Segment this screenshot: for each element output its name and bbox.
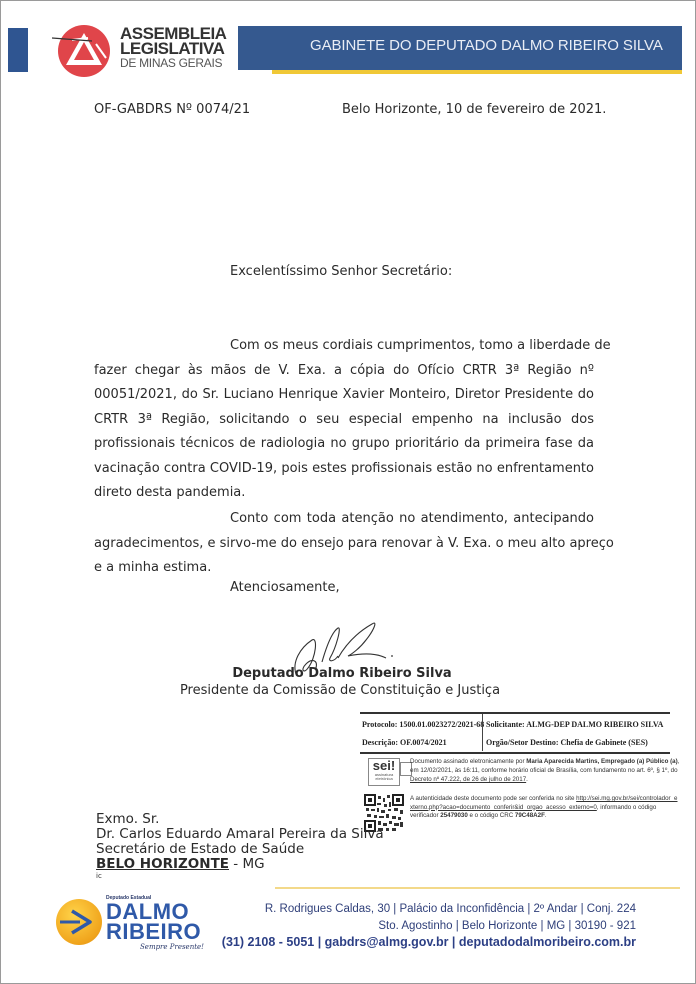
paragraph-line: direto desta pandemia. [94,481,594,506]
header-banner-accent [272,70,682,74]
auth-note-intro: A autenticidade deste documento pode ser… [410,795,576,802]
paragraph-line: e a minha estima. [94,556,594,581]
letter-closing: Atenciosamente, [230,580,340,595]
sig-note-prefix: Documento assinado eletronicamente por [410,758,526,765]
sig-note-signer: Maria Aparecida Martins, Empregado (a) P… [526,758,677,765]
decree-link[interactable]: Decreto nº 47.222, de 26 de julho de 201… [410,776,526,783]
assembleia-logo-icon [52,24,116,78]
header-banner-title: GABINETE DO DEPUTADO DALMO RIBEIRO SILVA [310,37,663,54]
auth-note-crc-prefix: e o código CRC [468,812,515,819]
verifier-code: 25479030 [440,812,468,819]
paragraph-line: CRTR 3ª Região, solicitando o seu especi… [94,408,594,433]
paragraph-line: Conto com toda atenção no atendimento, a… [94,507,594,532]
stamp-orgao-destino: Orgão/Setor Destino: Chefia de Gabinete … [486,738,648,747]
paragraph-line: profissionais técnicos de radiologia no … [94,432,594,457]
paragraph-line: vacinação contra COVID-19, pois estes pr… [94,457,594,482]
addressee-block: Exmo. Sr. Dr. Carlos Eduardo Amaral Pere… [96,812,384,872]
footer-address-line1: R. Rodrigues Caldas, 30 | Palácio da Inc… [265,903,636,915]
stamp-column-divider [482,714,483,751]
logo-slogan: Sempre Presente! [140,943,204,951]
signer-name-text: Deputado Dalmo Ribeiro Silva [232,666,451,681]
header-blue-block [8,28,28,72]
stamp-divider-line [360,712,670,714]
addressee-location: BELO HORIZONTE - MG [96,857,384,872]
authenticity-note: A autenticidade deste documento pode ser… [410,795,680,821]
stamp-divider-line [360,752,670,754]
electronic-signature-note: Documento assinado eletronicamente por M… [410,757,680,784]
letter-paragraph-2: Conto com toda atenção no atendimento, a… [94,507,594,581]
footer-contact-line: (31) 2108 - 5051 | gabdrs@almg.gov.br | … [222,935,636,949]
institution-line2: LEGISLATIVA [120,41,226,56]
sei-logo-caption: assinatura eletrônica [369,773,399,781]
auth-note-suffix: . [545,812,547,819]
addressee-position: Secretário de Estado de Saúde [96,842,384,857]
signer-role: Presidente da Comissão de Constituição e… [0,683,680,698]
footer-divider [275,887,680,889]
crc-code: 79C48A2F [515,812,545,819]
stamp-descricao: Descrição: OF.0074/2021 [362,738,447,747]
letter-place-date: Belo Horizonte, 10 de fevereiro de 2021. [342,102,606,117]
sig-note-suffix: . [526,776,528,783]
paragraph-line: 00051/2021, do Sr. Luciano Henrique Xavi… [94,383,594,408]
addressee-title: Exmo. Sr. [96,812,384,827]
paragraph-line: fazer chegar às mãos de V. Exa. a cópia … [94,359,594,384]
addressee-name: Dr. Carlos Eduardo Amaral Pereira da Sil… [96,827,384,842]
logo-line2: RIBEIRO [106,922,201,942]
typist-initials: ic [96,872,102,880]
sei-logo-icon: sei! assinatura eletrônica [368,758,400,786]
letter-reference: OF-GABDRS Nº 0074/21 [94,102,250,117]
paragraph-line: Com os meus cordiais cumprimentos, tomo … [94,334,594,359]
addressee-city: BELO HORIZONTE [96,856,229,872]
stamp-protocolo: Protocolo: 1500.01.0023272/2021-68 [362,720,484,729]
play-circle-icon [56,899,102,945]
sei-logo-text: sei! [369,759,399,773]
paragraph-line: agradecimentos, e sirvo-me do ensejo par… [94,532,594,557]
institution-line3: DE MINAS GERAIS [120,56,226,71]
signer-name: Deputado Dalmo Ribeiro Silva [0,666,680,681]
addressee-state: - MG [229,856,265,872]
assembleia-wordmark: ASSEMBLEIA LEGISLATIVA DE MINAS GERAIS [120,26,226,71]
stamp-solicitante: Solicitante: ALMG-DEP DALMO RIBEIRO SILV… [486,720,663,729]
footer-address-line2: Sto. Agostinho | Belo Horizonte | MG | 3… [378,920,636,932]
letter-paragraph-1: Com os meus cordiais cumprimentos, tomo … [94,334,594,506]
letter-salutation: Excelentíssimo Senhor Secretário: [230,264,452,279]
dalmo-ribeiro-logo: Deputado Estadual DALMO RIBEIRO Sempre P… [56,895,206,960]
